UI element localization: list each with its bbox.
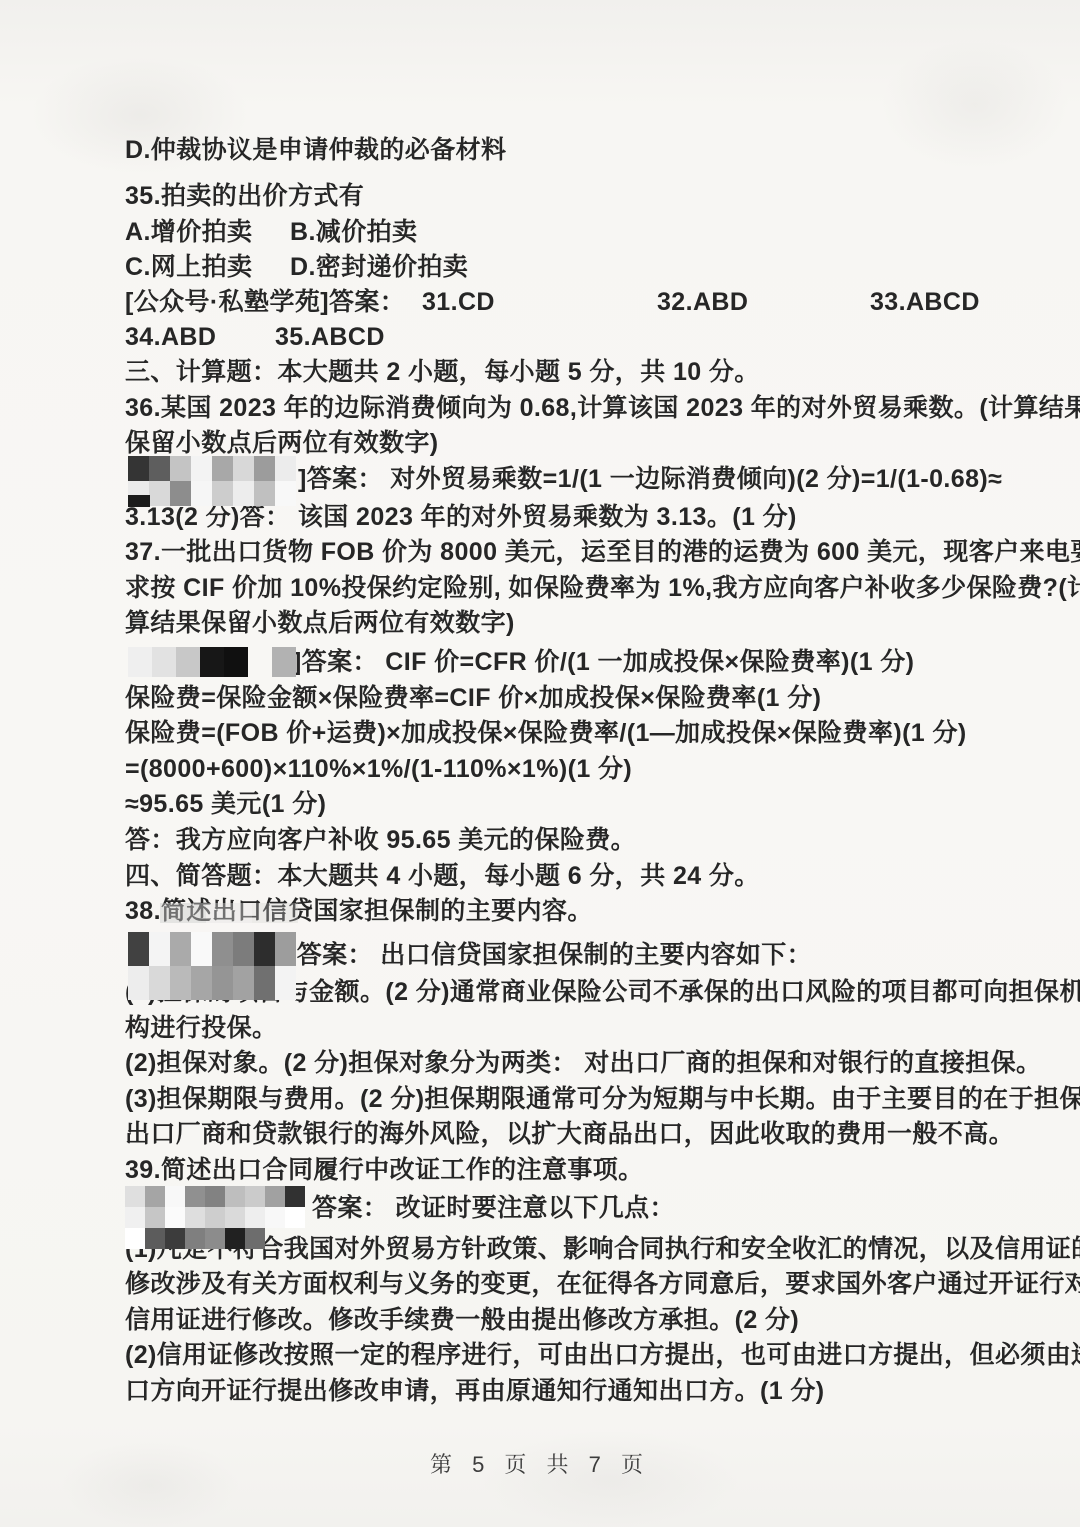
mosaic-cell: [149, 456, 170, 481]
question-36-stem-line-2: 保留小数点后两位有效数字): [125, 429, 439, 458]
question-37-answer-line-3: 保险费=(FOB 价+运费)×加成投保×保险费率/(1—加成投保×保险费率)(1…: [125, 719, 967, 748]
question-37-answer-line-2: 保险费=保险金额×保险费率=CIF 价×加成投保×保险费率(1 分): [125, 684, 821, 713]
mosaic-cell: [149, 932, 170, 966]
mosaic-cell: [212, 481, 233, 506]
question-39-stem: 39.简述出口合同履行中改证工作的注意事项。: [125, 1156, 644, 1185]
answer-34: 34.ABD: [125, 323, 216, 352]
mosaic-cell: [145, 1207, 165, 1228]
question-35-option-d: D.密封递价拍卖: [290, 253, 468, 282]
question-39-answer-intro: 答案： 改证时要注意以下几点：: [312, 1194, 675, 1223]
mosaic-cell: [128, 647, 152, 677]
page-number-indicator: 第 5 页 共 7 页: [0, 1448, 1080, 1479]
question-38-point-2: (2)担保对象。(2 分)担保对象分为两类： 对出口厂商的担保和对银行的直接担保…: [125, 1049, 1041, 1078]
mosaic-cell: [165, 1228, 185, 1249]
watermark-smudge: [880, 40, 1070, 170]
mosaic-cell: [206, 903, 252, 923]
mosaic-cell: [252, 903, 298, 923]
mosaic-cell: [125, 1228, 145, 1249]
mosaic-cell: [200, 647, 224, 677]
mosaic-cell: [285, 1228, 305, 1249]
mosaic-cell: [205, 1186, 225, 1207]
question-35-option-b: B.减价拍卖: [290, 218, 417, 247]
question-37-stem-line-3: 算结果保留小数点后两位有效数字): [125, 609, 515, 638]
mosaic-cell: [176, 647, 200, 677]
mosaic-cell: [205, 1207, 225, 1228]
mosaic-cell: [275, 456, 296, 481]
redaction-mosaic-q36: [128, 456, 296, 506]
mosaic-cell: [165, 1207, 185, 1228]
redaction-mosaic-q38: [128, 932, 296, 1000]
mosaic-cell: [233, 932, 254, 966]
mosaic-cell: [212, 932, 233, 966]
mosaic-cell: [233, 481, 254, 506]
mosaic-cell: [128, 966, 149, 1000]
mosaic-cell: [170, 481, 191, 506]
mosaic-cell: [145, 1186, 165, 1207]
mosaic-cell: [185, 1207, 205, 1228]
answer-32: 32.ABD: [657, 288, 748, 317]
answer-33: 33.ABCD: [870, 288, 980, 317]
mosaic-cell: [125, 1207, 145, 1228]
mosaic-cell: [128, 456, 149, 481]
question-36-answer-line-1: ]答案： 对外贸易乘数=1/(1 一边际消费倾向)(2 分)=1/(1-0.68…: [298, 465, 1002, 494]
mosaic-cell: [191, 932, 212, 966]
question-37-stem-line-1: 37.一批出口货物 FOB 价为 8000 美元，运至目的港的运费为 600 美…: [125, 538, 1080, 567]
mosaic-cell: [191, 481, 212, 506]
mosaic-cell: [212, 456, 233, 481]
mosaic-cell: [170, 966, 191, 1000]
question-35-option-a: A.增价拍卖: [125, 218, 252, 247]
section-4-heading: 四、简答题：本大题共 4 小题，每小题 6 分，共 24 分。: [125, 862, 760, 891]
mosaic-cell: [149, 966, 170, 1000]
redaction-mosaic-q37: [128, 647, 296, 677]
mosaic-cell: [245, 1186, 265, 1207]
mosaic-cell: [285, 1207, 305, 1228]
question-36-stem-line-1: 36.某国 2023 年的边际消费倾向为 0.68,计算该国 2023 年的对外…: [125, 394, 1080, 423]
mosaic-cell: [233, 456, 254, 481]
question-38-point-1-line-2: 构进行投保。: [125, 1014, 277, 1043]
mosaic-cell: [125, 1186, 145, 1207]
mosaic-cell: [254, 932, 275, 966]
answer-31: 31.CD: [422, 288, 495, 317]
mosaic-cell: [128, 932, 149, 966]
mosaic-cell: [265, 1186, 285, 1207]
mosaic-cell: [254, 966, 275, 1000]
mosaic-cell: [185, 1228, 205, 1249]
question-37-stem-line-2: 求按 CIF 价加 10%投保约定险别, 如保险费率为 1%,我方应向客户补收多…: [125, 574, 1080, 603]
question-38-point-3-line-2: 出口厂商和贷款银行的海外风险，以扩大商品出口，因此收取的费用一般不高。: [125, 1120, 1014, 1149]
redaction-mosaic-q38-edge: [160, 903, 298, 923]
mosaic-cell: [191, 966, 212, 1000]
question-39-point-2-line-2: 口方向开证行提出修改申请，再由原通知行通知出口方。(1 分): [125, 1377, 825, 1406]
mosaic-cell: [152, 647, 176, 677]
mosaic-cell: [254, 456, 275, 481]
mosaic-cell: [225, 1186, 245, 1207]
mosaic-cell: [272, 647, 296, 677]
mosaic-cell: [149, 481, 170, 506]
question-35-option-c: C.网上拍卖: [125, 253, 252, 282]
mosaic-cell: [248, 647, 272, 677]
answers-source-label: [公众号·私塾学苑]答案：: [125, 288, 405, 317]
mosaic-cell: [185, 1186, 205, 1207]
question-39-point-1-line-2: 修改涉及有关方面权利与义务的变更，在征得各方同意后，要求国外客户通过开证行对: [125, 1270, 1080, 1299]
question-38-answer-intro: ]答案： 出口信贷国家担保制的主要内容如下：: [288, 941, 812, 970]
mosaic-cell: [191, 456, 212, 481]
mosaic-cell: [265, 1207, 285, 1228]
question-37-answer-line-6: 答：我方应向客户补收 95.65 美元的保险费。: [125, 826, 636, 855]
question-36-answer-line-2: 3.13(2 分)答： 该国 2023 年的对外贸易乘数为 3.13。(1 分): [125, 503, 797, 532]
redaction-mosaic-q39: [125, 1186, 305, 1249]
question-37-answer-line-5: ≈95.65 美元(1 分): [125, 790, 326, 819]
question-37-answer-line-1: ]答案： CIF 价=CFR 价/(1 一加成投保×保险费率)(1 分): [293, 648, 914, 677]
mosaic-cell: [275, 966, 296, 1000]
section-3-heading: 三、计算题：本大题共 2 小题，每小题 5 分，共 10 分。: [125, 358, 760, 387]
mosaic-cell: [245, 1228, 265, 1249]
mosaic-cell: [170, 932, 191, 966]
mosaic-cell: [205, 1228, 225, 1249]
mosaic-cell: [212, 966, 233, 1000]
question-35-stem: 35.拍卖的出价方式有: [125, 182, 364, 211]
question-37-answer-line-4: =(8000+600)×110%×1%/(1-110%×1%)(1 分): [125, 755, 632, 784]
mosaic-cell: [233, 966, 254, 1000]
mosaic-cell: [224, 647, 248, 677]
mosaic-cell: [265, 1228, 285, 1249]
question-39-point-1-line-3: 信用证进行修改。修改手续费一般由提出修改方承担。(2 分): [125, 1306, 799, 1335]
redaction-mosaic-q36-extra: [128, 495, 150, 507]
question-34-option-d: D.仲裁协议是申请仲裁的必备材料: [125, 136, 506, 165]
answer-35: 35.ABCD: [275, 323, 385, 352]
mosaic-cell: [128, 495, 150, 507]
mosaic-cell: [254, 481, 275, 506]
mosaic-cell: [170, 456, 191, 481]
mosaic-cell: [165, 1186, 185, 1207]
mosaic-cell: [285, 1186, 305, 1207]
question-38-point-3-line-1: (3)担保期限与费用。(2 分)担保期限通常可分为短期与中长期。由于主要目的在于…: [125, 1085, 1080, 1114]
mosaic-cell: [275, 932, 296, 966]
exam-answer-sheet-page: D.仲裁协议是申请仲裁的必备材料 35.拍卖的出价方式有 A.增价拍卖 B.减价…: [0, 0, 1080, 1527]
mosaic-cell: [275, 481, 296, 506]
mosaic-cell: [160, 903, 206, 923]
mosaic-cell: [225, 1207, 245, 1228]
mosaic-cell: [225, 1228, 245, 1249]
mosaic-cell: [245, 1207, 265, 1228]
question-39-point-2-line-1: (2)信用证修改按照一定的程序进行，可由出口方提出，也可由进口方提出，但必须由进: [125, 1341, 1080, 1370]
mosaic-cell: [145, 1228, 165, 1249]
